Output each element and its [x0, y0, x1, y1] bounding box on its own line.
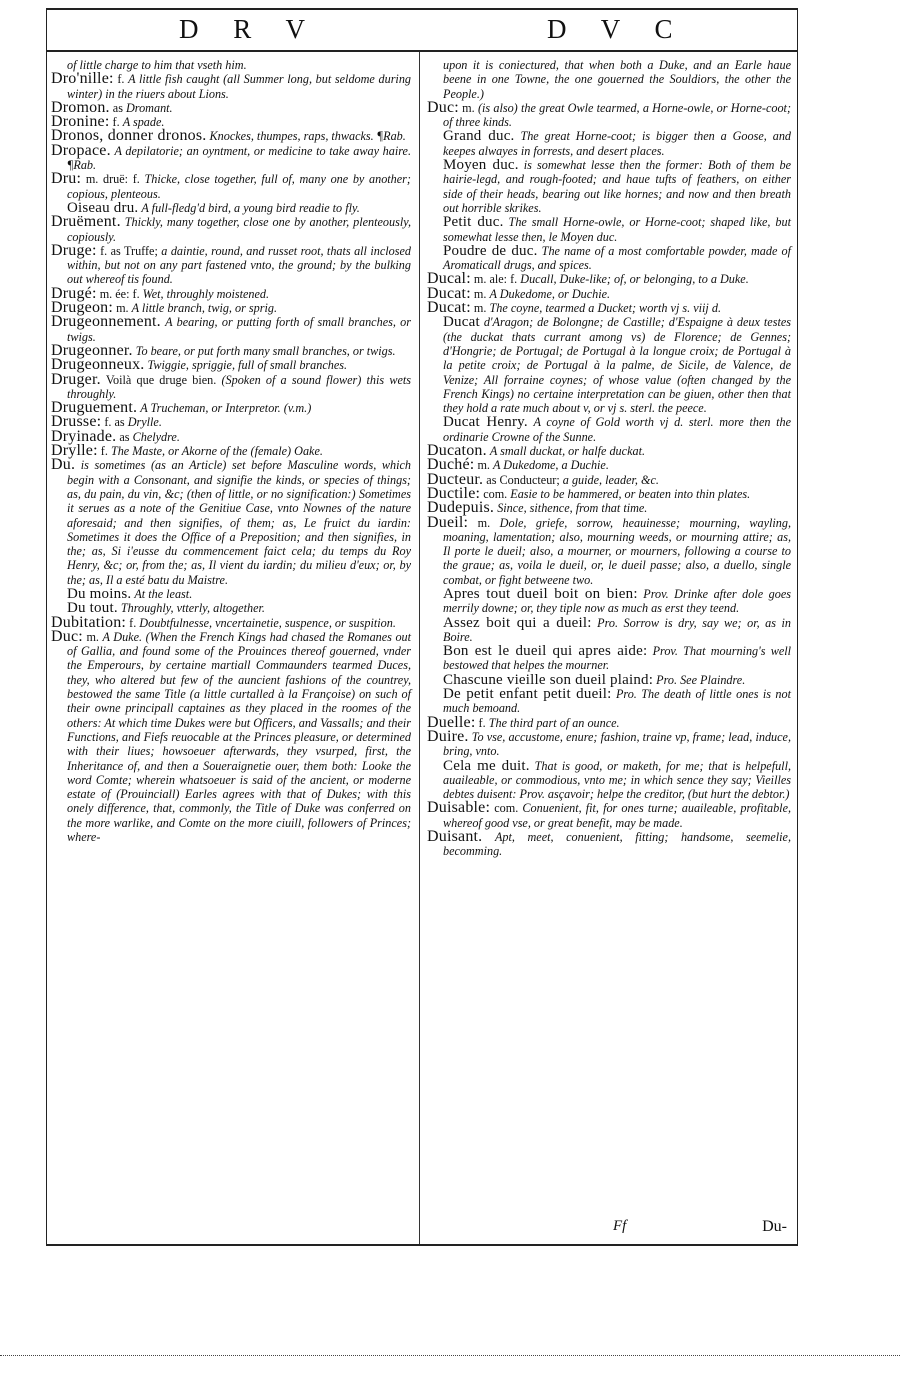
scan-edge-rule [0, 1355, 900, 1356]
definition: Dole, griefe, sorrow, heauinesse; mourni… [443, 516, 791, 587]
dictionary-entry: Dropace. A depilatorie; an oyntment, or … [51, 144, 411, 173]
definition: a guide, leader, &c. [563, 473, 659, 487]
headword: Dro'nille: [51, 70, 114, 87]
grammar-note: m. [478, 516, 491, 530]
definition: Ducall, Duke-like; of, or belonging, to … [520, 272, 748, 286]
headword: Dropace. [51, 142, 111, 159]
headword: Ducat Henry. [443, 414, 528, 430]
grammar-note: f. [479, 716, 486, 730]
definition: Pro. See Plaindre. [656, 673, 745, 687]
definition: Chelydre. [133, 430, 180, 444]
dictionary-entry: Duisable: com. Conuenient, fit, for ones… [427, 801, 791, 830]
dictionary-entry: Ducat: m. The coyne, tearmed a Ducket; w… [427, 301, 791, 315]
headword: Duire. [427, 728, 469, 745]
headword: Du. [51, 456, 75, 473]
grammar-note: as [119, 430, 129, 444]
definition: Wet, throughly moistened. [143, 287, 269, 301]
dictionary-entry: Duisant. Apt, meet, conuenient, fitting;… [427, 830, 791, 859]
grammar-note: com. [494, 801, 518, 815]
definition: The Maste, or Akorne of the (female) Oak… [111, 444, 323, 458]
headword: Poudre de duc. [443, 243, 538, 259]
dictionary-entry: Du. is sometimes (as an Article) set bef… [51, 458, 411, 587]
right-column: upon it is coniectured, that when both a… [427, 58, 791, 859]
left-column: of little charge to him that vseth him.D… [51, 58, 411, 844]
definition: Dromant. [126, 101, 173, 115]
dictionary-entry: Dubitation: f. Doubtfulnesse, vncertaine… [51, 616, 411, 630]
dictionary-entry: Duire. To vse, accustome, enure; fashion… [427, 730, 791, 759]
dictionary-entry: Duc: m. A Duke. (When the French Kings h… [51, 630, 411, 844]
headword: Dru: [51, 170, 81, 187]
headword: Ducat [443, 314, 480, 330]
dictionary-entry: Ducteur. as Conducteur; a guide, leader,… [427, 473, 791, 487]
headword: Druge: [51, 242, 97, 259]
grammar-note: m. [462, 101, 475, 115]
sub-entry: Ducat Henry. A coyne of Gold worth vj d.… [427, 415, 791, 444]
headword: Petit duc. [443, 214, 504, 230]
definition: Throughly, vtterly, altogether. [121, 601, 265, 615]
page-frame: D R V D V C of little charge to him that… [46, 8, 798, 1246]
dictionary-entry: Ducaton. A small duckat, or halfe duckat… [427, 444, 791, 458]
dictionary-entry: Drugeonneux. Twiggie, spriggie, full of … [51, 358, 411, 372]
headword: De petit enfant petit dueil: [443, 686, 612, 702]
sub-entry: De petit enfant petit dueil: Pro. The de… [427, 687, 791, 716]
running-head: D R V D V C [47, 10, 797, 52]
headword: Moyen duc. [443, 157, 519, 173]
page-footer: Ff Du- [47, 1218, 797, 1240]
headword: Duc: [427, 99, 459, 116]
grammar-note: as [113, 101, 123, 115]
entry-continuation: upon it is coniectured, that when both a… [427, 58, 791, 101]
definition: A Dukedome, a Duchie. [493, 458, 609, 472]
definition: Since, sithence, from that time. [497, 501, 647, 515]
grammar-note: m. druë: f. [86, 172, 140, 186]
headword: Apres tout dueil boit on bien: [443, 586, 638, 602]
sub-entry: Assez boit qui a dueil: Pro. Sorrow is d… [427, 616, 791, 645]
definition: The coyne, tearmed a Ducket; worth vj s.… [489, 301, 721, 315]
dictionary-entry: Drugeonnement. A bearing, or putting for… [51, 315, 411, 344]
grammar-note: m. [86, 630, 99, 644]
sub-entry: Apres tout dueil boit on bien: Prov. Dri… [427, 587, 791, 616]
dictionary-entry: Ducal: m. ale: f. Ducall, Duke-like; of,… [427, 272, 791, 286]
headword: Duisant. [427, 828, 482, 845]
definition: At the least. [134, 587, 192, 601]
headword: Duc: [51, 628, 83, 645]
definition: To vse, accustome, enure; fashion, train… [443, 730, 791, 758]
catchword: Du- [762, 1218, 787, 1236]
sub-entry: Chascune vieille son dueil plaind: Pro. … [427, 673, 791, 687]
headword: Dueil: [427, 514, 468, 531]
grammar-note: as Conducteur; [486, 473, 559, 487]
headword: Assez boit qui a dueil: [443, 615, 592, 631]
sub-entry: Du moins. At the least. [51, 587, 411, 601]
headword: Bon est le dueil qui apres aide: [443, 643, 647, 659]
dictionary-entry: Druëment. Thickly, many together, close … [51, 215, 411, 244]
dictionary-entry: Drylle: f. The Maste, or Akorne of the (… [51, 444, 411, 458]
signature-mark: Ff [613, 1218, 626, 1235]
definition: Drylle. [128, 415, 162, 429]
dictionary-entry: Ducat: m. A Dukedome, or Duchie. [427, 287, 791, 301]
grammar-note: m. [474, 287, 487, 301]
dictionary-entry: Druger. Voilà que druge bien. (Spoken of… [51, 373, 411, 402]
definition: (is also) the great Owle tearmed, a Horn… [443, 101, 791, 129]
dictionary-entry: Dro'nille: f. A little fish caught (all … [51, 72, 411, 101]
definition: A Trucheman, or Interpretor. (v.m.) [140, 401, 311, 415]
headword: Cela me duit. [443, 758, 530, 774]
dictionary-entry: Duelle: f. The third part of an ounce. [427, 716, 791, 730]
grammar-note: f. [101, 444, 108, 458]
definition: Doubtfulnesse, vncertainetie, suspence, … [139, 616, 396, 630]
dictionary-entry: Dryinade. as Chelydre. [51, 430, 411, 444]
definition: d'Aragon; de Bolongne; de Castille; d'Es… [443, 315, 791, 415]
grammar-note: f. as Truffe; [100, 244, 158, 258]
grammar-note: Voilà que druge bien. [106, 373, 216, 387]
definition: A small duckat, or halfe duckat. [490, 444, 645, 458]
dictionary-entry: Dueil: m. Dole, griefe, sorrow, heauines… [427, 516, 791, 587]
sub-entry: Poudre de duc. The name of a most comfor… [427, 244, 791, 273]
dictionary-entry: Druge: f. as Truffe; a daintie, round, a… [51, 244, 411, 287]
headword: Grand duc. [443, 128, 515, 144]
definition: A full-fledg'd bird, a young bird readie… [141, 201, 359, 215]
running-head-right: D V C [547, 14, 687, 45]
sub-entry: Grand duc. The great Horne-coot; is bigg… [427, 129, 791, 158]
running-head-left: D R V [179, 14, 319, 45]
dictionary-entry: Dru: m. druë: f. Thicke, close together,… [51, 172, 411, 201]
definition: To beare, or put forth many small branch… [136, 344, 396, 358]
definition: The third part of an ounce. [489, 716, 620, 730]
definition: Twiggie, spriggie, full of small branche… [148, 358, 348, 372]
sub-entry: Moyen duc. is somewhat lesse then the fo… [427, 158, 791, 215]
headword: Druëment. [51, 213, 121, 230]
dictionary-entry: Dudepuis. Since, sithence, from that tim… [427, 501, 791, 515]
dictionary-entry: Duc: m. (is also) the great Owle tearmed… [427, 101, 791, 130]
sub-entry: Bon est le dueil qui apres aide: Prov. T… [427, 644, 791, 673]
column-divider [419, 52, 420, 1244]
headword: Druger. [51, 371, 101, 388]
grammar-note: f. [117, 72, 124, 86]
definition: Easie to be hammered, or beaten into thi… [510, 487, 750, 501]
headword: Duisable: [427, 799, 490, 816]
grammar-note: m. [474, 301, 487, 315]
sub-entry: Cela me duit. That is good, or maketh, f… [427, 759, 791, 802]
headword: Drugeonnement. [51, 313, 161, 330]
definition: A Dukedome, or Duchie. [489, 287, 610, 301]
sub-entry: Ducat d'Aragon; de Bolongne; de Castille… [427, 315, 791, 415]
definition: is sometimes (as an Article) set before … [67, 458, 411, 586]
grammar-note: m. ale: f. [474, 272, 517, 286]
definition: A Duke. (When the French Kings had chase… [67, 630, 411, 844]
grammar-note: f. [129, 616, 136, 630]
definition: Apt, meet, conuenient, fitting; handsome… [443, 830, 791, 858]
dictionary-entry: Druguement. A Trucheman, or Interpretor.… [51, 401, 411, 415]
sub-entry: Petit duc. The small Horne-owle, or Horn… [427, 215, 791, 244]
definition: Knockes, thumpes, raps, thwacks. ¶Rab. [210, 129, 406, 143]
definition: A depilatorie; an oyntment, or medicine … [67, 144, 411, 172]
